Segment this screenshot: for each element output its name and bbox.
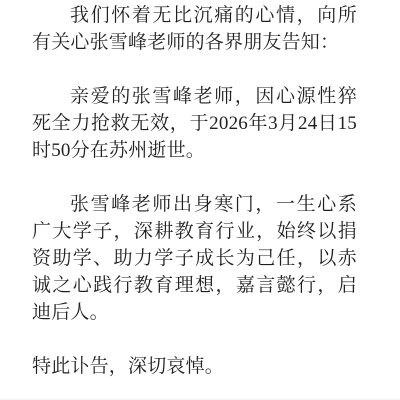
notice-paragraph-closing: 特此讣告，深切哀悼。 [32,353,357,380]
notice-paragraph-death-announcement: 亲爱的张雪峰老师，因心源性猝死全力抢救无效，于2026年3月24日15时50分在… [32,83,357,164]
notice-paragraph-opening: 我们怀着无比沉痛的心情，向所有关心张雪峰老师的各界朋友告知： [32,2,357,56]
notice-paragraph-life-summary: 张雪峰老师出身寒门，一生心系广大学子，深耕教育行业，始终以捐资助学、助力学子成长… [32,191,357,326]
obituary-notice-document: 我们怀着无比沉痛的心情，向所有关心张雪峰老师的各界朋友告知： 亲爱的张雪峰老师，… [0,0,400,400]
